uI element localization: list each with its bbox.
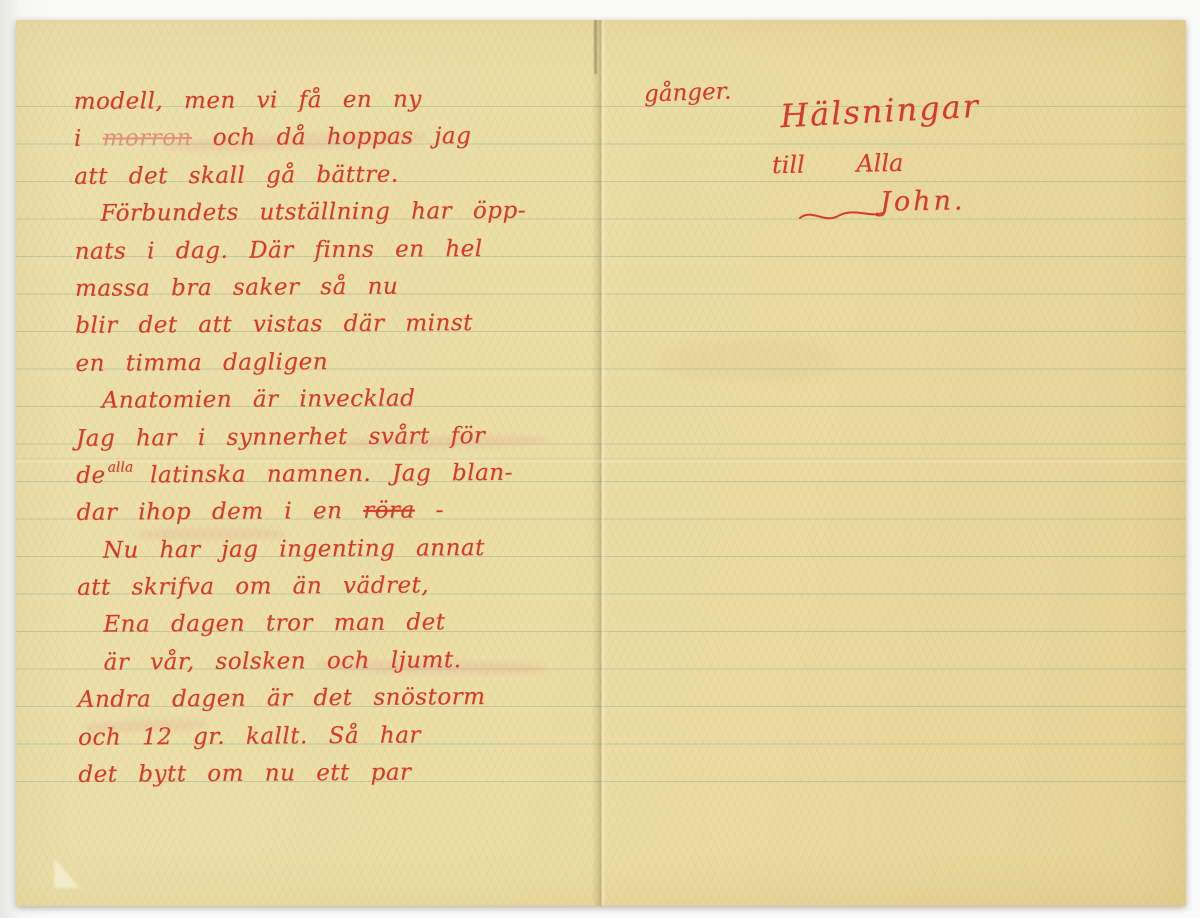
word: de [76, 463, 106, 489]
letter-paper: modell, men vi få en ny i morron och då … [16, 20, 1186, 906]
handwriting-line: det bytt om nu ett par [78, 753, 613, 794]
handwriting-line: i morron och då hoppas jag [74, 118, 609, 159]
handwriting-line: Jag har i synnerhet svårt för [76, 417, 611, 458]
handwriting-line: Andra dagen är det snöstorm [78, 678, 613, 719]
word: i [74, 126, 82, 152]
left-page: modell, men vi få en ny i morron och då … [74, 80, 614, 794]
struck-word: röra [363, 498, 415, 524]
handwriting-line: Ena dagen tror man det [77, 604, 612, 645]
struck-word: morron [102, 125, 191, 152]
handwriting-line: dealla latinska namnen. Jag blan- [76, 454, 611, 495]
corner-dogear [54, 858, 80, 888]
handwriting-line: att skrifva om än vädret, [77, 566, 612, 607]
letter-scan: modell, men vi få en ny i morron och då … [0, 0, 1200, 918]
handwriting-line: nats i dag. Där finns en hel [75, 230, 610, 271]
word: latinska namnen. Jag blan- [150, 460, 513, 489]
handwriting-line: Nu har jag ingenting annat [77, 529, 612, 570]
closing-to-line: till Alla [772, 149, 904, 179]
word: och då hoppas jag [213, 123, 472, 151]
handwriting-line: en timma dagligen [75, 342, 610, 383]
word: dar ihop dem i en [76, 498, 342, 526]
continuation-word: gånger. [644, 78, 732, 107]
handwriting-line: Förbundets utställning har öpp- [74, 192, 609, 233]
word: - [435, 498, 443, 524]
handwriting-line: massa bra saker så nu [75, 267, 610, 308]
handwriting-line: dar ihop dem i en röra - [76, 491, 611, 532]
handwriting-line: Anatomien är invecklad [76, 379, 611, 420]
handwriting-line: och 12 gr. kallt. Så har [78, 716, 613, 757]
inserted-word: alla [107, 459, 133, 475]
fold-tear-mark [594, 20, 597, 74]
handwriting-line: blir det att vistas där minst [75, 304, 610, 345]
closing-phrase: Hälsningar [779, 87, 981, 135]
handwriting-line: modell, men vi få en ny [74, 80, 609, 121]
right-page: gånger. Hälsningar till Alla John. [602, 20, 1186, 906]
handwriting-line: är vår, solsken och ljumt. [77, 641, 612, 682]
handwriting-line: att det skall gå bättre. [74, 155, 609, 196]
signature-flourish-icon [798, 206, 884, 228]
signature: John. [880, 185, 966, 217]
